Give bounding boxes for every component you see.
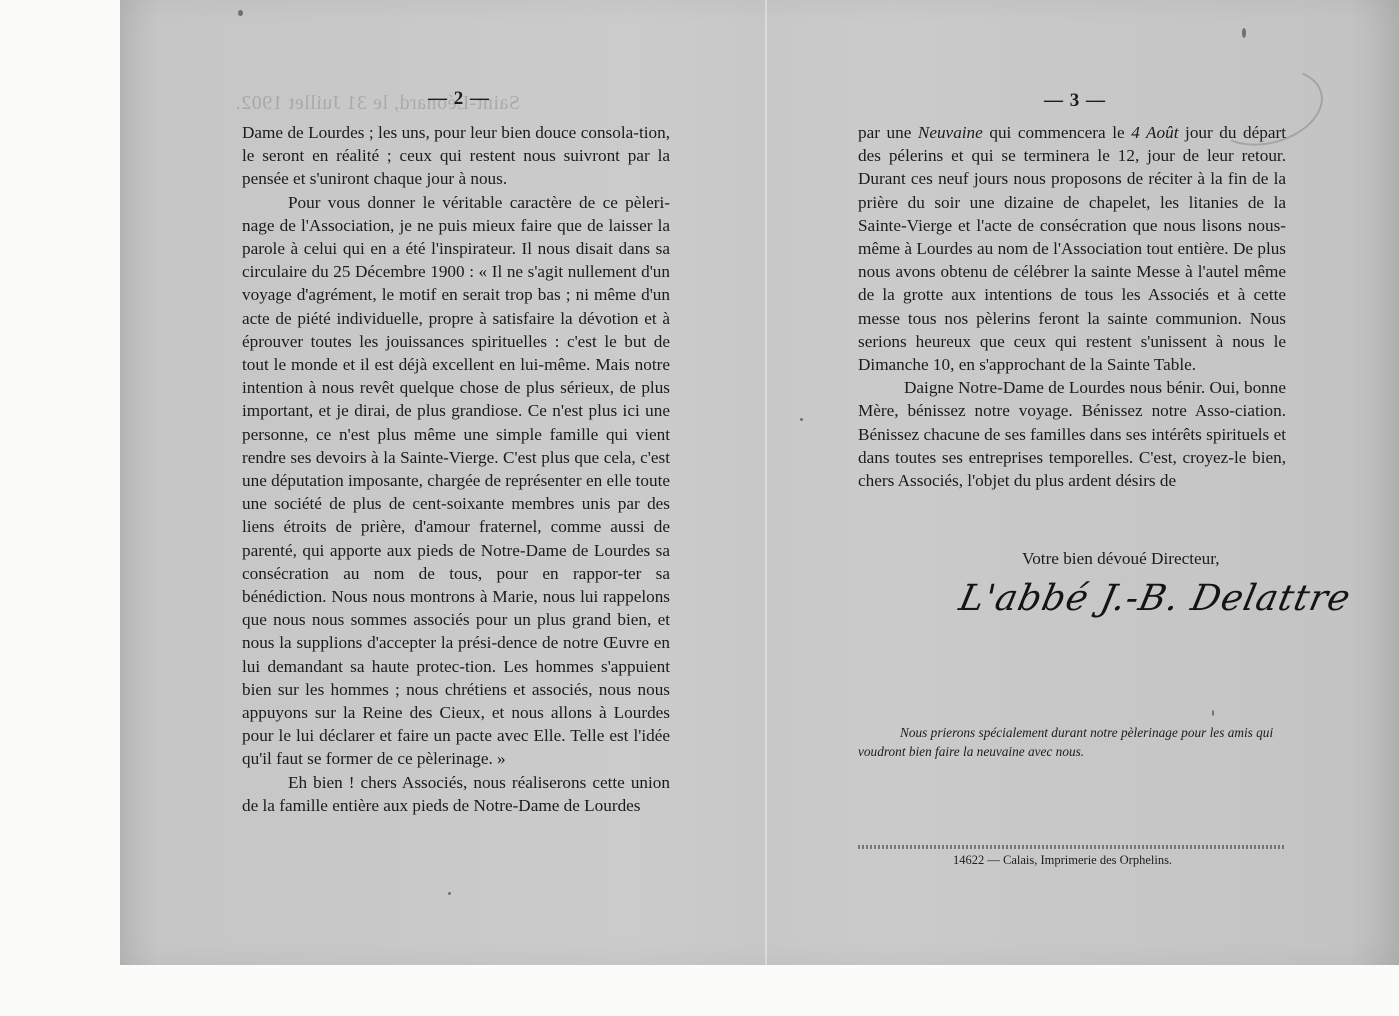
left-page-text: Dame de Lourdes ; les uns, pour leur bie… bbox=[242, 121, 670, 817]
scan-speck bbox=[238, 10, 243, 16]
paragraph: Dame de Lourdes ; les uns, pour leur bie… bbox=[242, 121, 670, 191]
italic-date: 4 Août bbox=[1131, 123, 1178, 142]
center-fold bbox=[765, 0, 767, 965]
closing-line: Votre bien dévoué Directeur, bbox=[1022, 549, 1220, 569]
paragraph: Daigne Notre-Dame de Lourdes nous bénir.… bbox=[858, 376, 1286, 492]
paragraph: Eh bien ! chers Associés, nous réalisero… bbox=[242, 771, 670, 817]
decorative-rule bbox=[858, 845, 1285, 849]
scan-speck bbox=[1212, 710, 1214, 716]
scan-speck bbox=[800, 418, 803, 421]
page-number-left: — 2 — bbox=[428, 88, 490, 110]
printer-imprint: 14622 — Calais, Imprimerie des Orphelins… bbox=[953, 853, 1172, 868]
scan-speck bbox=[448, 892, 451, 895]
paragraph: Pour vous donner le véritable caractère … bbox=[242, 191, 670, 771]
signature: L'abbé J.-B. Delattre bbox=[956, 578, 1355, 619]
italic-note: Nous prierons spécialement durant notre … bbox=[858, 723, 1286, 761]
right-page-text: par une Neuvaine qui commencera le 4 Aoû… bbox=[858, 121, 1286, 492]
page-number-right: — 3 — bbox=[1044, 90, 1106, 112]
italic-neuvaine: Neuvaine bbox=[918, 123, 983, 142]
scan-speck bbox=[1242, 28, 1246, 38]
paragraph: par une Neuvaine qui commencera le 4 Aoû… bbox=[858, 121, 1286, 376]
